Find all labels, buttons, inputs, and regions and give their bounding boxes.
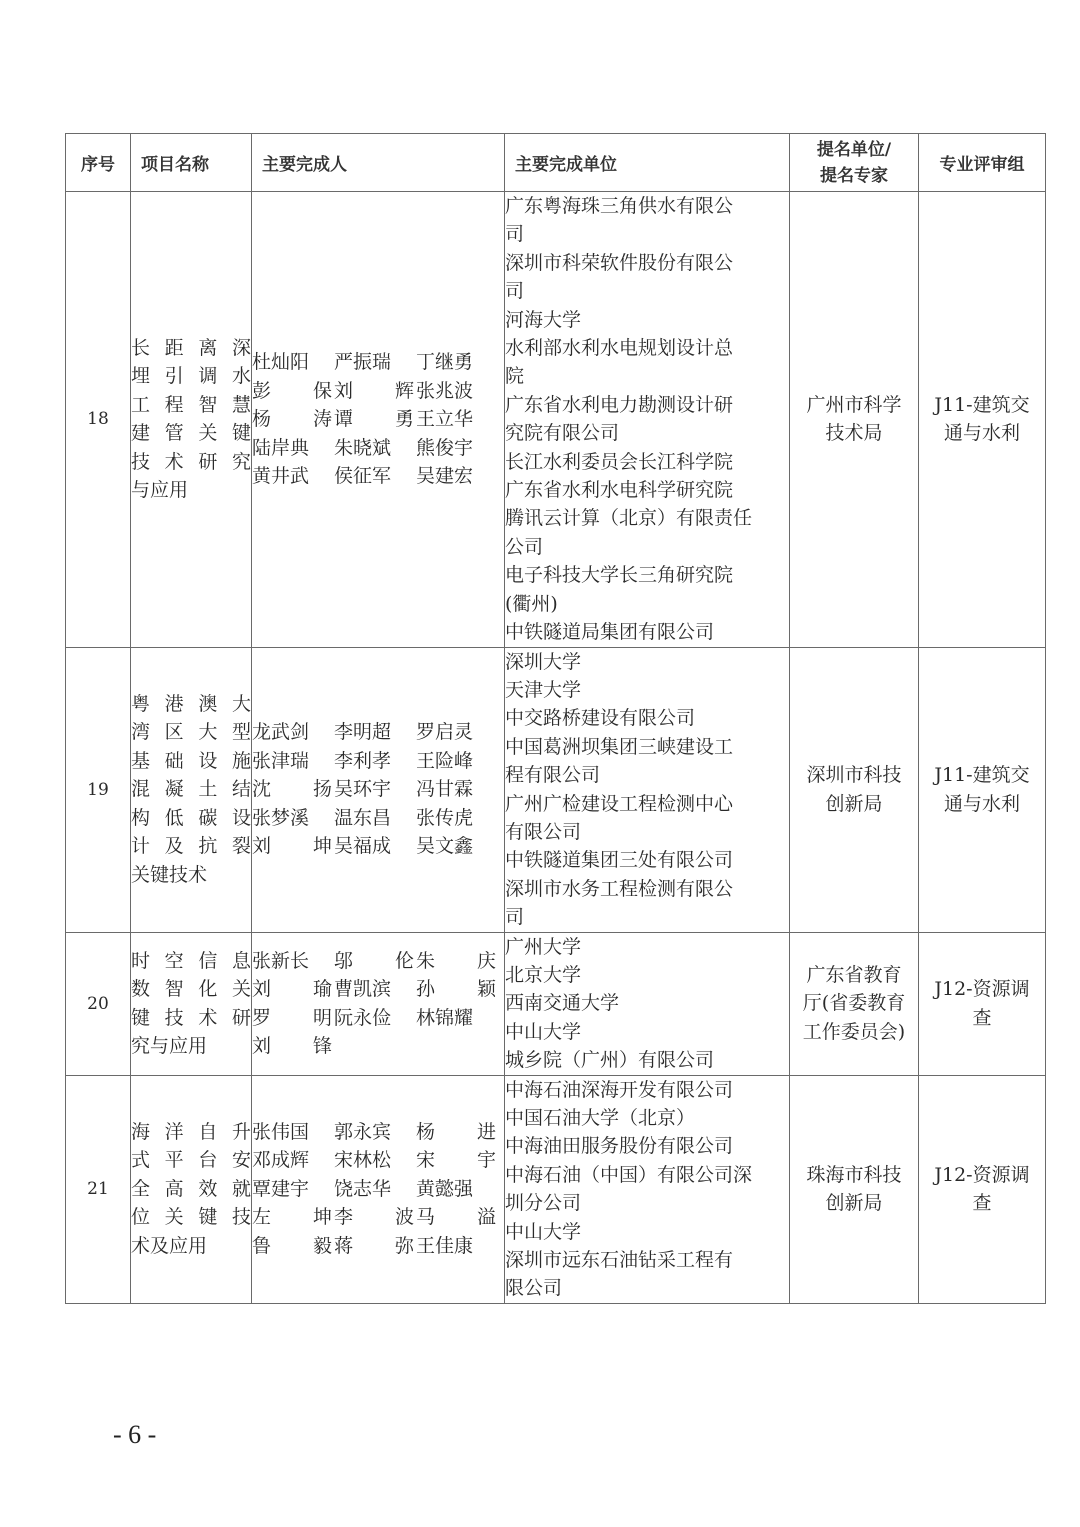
contributor-name-text: 杜灿阳: [252, 348, 309, 377]
table-row: 19粤港澳大湾区大型基础设施混凝土结构低碳设计及抗裂关键技术龙武剑李明超罗启灵张…: [66, 647, 1046, 932]
contributor-name-char: 马: [416, 1203, 435, 1232]
nominator-line: 创新局: [790, 1189, 918, 1218]
unit-line: 中铁隧道集团三处有限公司: [505, 846, 789, 874]
project-name-line: 技术研究: [131, 448, 251, 477]
contributor-name-char: 毅: [313, 1232, 332, 1261]
unit-line: (衢州): [505, 590, 789, 618]
contributor-name-char: 刘: [252, 1032, 271, 1061]
contributor-name-char: 彭: [252, 377, 271, 406]
unit-line: 长江水利委员会长江科学院: [505, 448, 789, 476]
contributor-name: 阮永俭: [334, 1004, 414, 1033]
contributor-name: 黄井武: [252, 462, 332, 491]
contributor-name-text: 郭永宾: [334, 1118, 391, 1147]
contributor-name-text: 邓成辉: [252, 1146, 309, 1175]
project-name-line: 计及抗裂: [131, 832, 251, 861]
contributor-name-char: 刘: [252, 832, 271, 861]
header-nominator-line1: 提名单位/: [790, 137, 918, 163]
contributor-name-text: 陆岸典: [252, 434, 309, 463]
contributor-name: 吴建宏: [416, 462, 496, 491]
contributors-row: 陆岸典朱晓斌熊俊宇: [252, 434, 504, 463]
table-row: 20时空信息数智化关键技术研究与应用张新长邬伦朱庆刘瑜曹凯滨孙颖罗明阮永俭林锦耀…: [66, 932, 1046, 1075]
contributor-name: 刘辉: [334, 377, 414, 406]
project-name-line: 湾区大型: [131, 718, 251, 747]
project-name-line: 全高效就: [131, 1175, 251, 1204]
contributor-name: 丁继勇: [416, 348, 496, 377]
row-number: 19: [66, 647, 131, 932]
project-name-line: 术及应用: [131, 1232, 251, 1261]
contributor-name-char: 宋: [416, 1146, 435, 1175]
contributors-row: 覃建宇饶志华黄懿强: [252, 1175, 504, 1204]
contributor-name: 黄懿强: [416, 1175, 496, 1204]
unit-line: 圳分公司: [505, 1189, 789, 1217]
header-nominator-line2: 提名专家: [790, 163, 918, 189]
contributor-name: 陆岸典: [252, 434, 332, 463]
contributor-name-text: 饶志华: [334, 1175, 391, 1204]
contributor-name: 吴福成: [334, 832, 414, 861]
review-group-line: 查: [919, 1004, 1045, 1033]
contributor-name: 张新长: [252, 947, 332, 976]
header-review-group: 专业评审组: [919, 134, 1046, 192]
contributor-name-text: 龙武剑: [252, 718, 309, 747]
contributor-name-char: 宇: [477, 1146, 496, 1175]
contributor-name: 左坤: [252, 1203, 332, 1232]
contributor-name: 侯征军: [334, 462, 414, 491]
project-name-line: 海洋自升: [131, 1118, 251, 1147]
contributors-row: 张新长邬伦朱庆: [252, 947, 504, 976]
contributor-name-char: 刘: [334, 377, 353, 406]
contributor-name-text: 吴文鑫: [416, 832, 473, 861]
review-group-line: 通与水利: [919, 419, 1045, 448]
contributor-name: 鲁毅: [252, 1232, 332, 1261]
project-name-cell: 粤港澳大湾区大型基础设施混凝土结构低碳设计及抗裂关键技术: [131, 647, 252, 932]
contributor-name: 王佳康: [416, 1232, 496, 1261]
contributor-name: 邬伦: [334, 947, 414, 976]
contributor-name-char: 扬: [313, 775, 332, 804]
contributor-name-text: 张津瑞: [252, 747, 309, 776]
unit-line: 中海石油（中国）有限公司深: [505, 1161, 789, 1189]
contributor-name-text: 李明超: [334, 718, 391, 747]
unit-line: 西南交通大学: [505, 989, 789, 1017]
nominator-line: 技术局: [790, 419, 918, 448]
contributors-row: 鲁毅蒋弥王佳康: [252, 1232, 504, 1261]
contributor-name: 李波: [334, 1203, 414, 1232]
contributor-name-char: 波: [395, 1203, 414, 1232]
units-cell: 广州大学北京大学西南交通大学中山大学城乡院（广州）有限公司: [505, 932, 790, 1075]
contributor-name-text: 李利孝: [334, 747, 391, 776]
contributors-row: 沈扬吴环宇冯甘霖: [252, 775, 504, 804]
unit-line: 中国石油大学（北京）: [505, 1104, 789, 1132]
contributor-name-char: 伦: [395, 947, 414, 976]
unit-line: 腾讯云计算（北京）有限责任: [505, 504, 789, 532]
unit-line: 水利部水利水电规划设计总: [505, 334, 789, 362]
contributor-name-char: 保: [313, 377, 332, 406]
nominator-line: 创新局: [790, 790, 918, 819]
contributor-name-char: 勇: [395, 405, 414, 434]
contributors-cell: 龙武剑李明超罗启灵张津瑞李利孝王险峰沈扬吴环宇冯甘霖张梦溪温东昌张传虎刘坤吴福成…: [252, 647, 505, 932]
contributors-cell: 杜灿阳严振瑞丁继勇彭保刘辉张兆波杨涛谭勇王立华陆岸典朱晓斌熊俊宇黄井武侯征军吴建…: [252, 192, 505, 648]
contributor-name-text: 张新长: [252, 947, 309, 976]
project-name-line: 关键技术: [131, 861, 251, 890]
project-name-cell: 长距离深埋引调水工程智慧建管关键技术研究与应用: [131, 192, 252, 648]
unit-line: 电子科技大学长三角研究院: [505, 561, 789, 589]
project-name-line: 埋引调水: [131, 362, 251, 391]
contributor-name-char: 刘: [252, 975, 271, 1004]
contributor-name-text: 王立华: [416, 405, 473, 434]
contributor-name-text: 严振瑞: [334, 348, 391, 377]
project-name-line: 时空信息: [131, 947, 251, 976]
review-group-line: 通与水利: [919, 790, 1045, 819]
contributor-name: 覃建宇: [252, 1175, 332, 1204]
units-cell: 中海石油深海开发有限公司中国石油大学（北京）中海油田服务股份有限公司中海石油（中…: [505, 1075, 790, 1303]
contributor-name-char: 蒋: [334, 1232, 353, 1261]
contributors-row: 张梦溪温东昌张传虎: [252, 804, 504, 833]
contributor-name: 张传虎: [416, 804, 496, 833]
unit-line: 中交路桥建设有限公司: [505, 704, 789, 732]
contributor-name: 王险峰: [416, 747, 496, 776]
unit-line: 广东省水利水电科学研究院: [505, 476, 789, 504]
project-name-line: 与应用: [131, 476, 251, 505]
contributors-row: 刘瑜曹凯滨孙颖: [252, 975, 504, 1004]
project-name-line: 式平台安: [131, 1146, 251, 1175]
contributor-name-text: 吴环宇: [334, 775, 391, 804]
contributor-name: 李利孝: [334, 747, 414, 776]
contributor-name-text: 张兆波: [416, 377, 473, 406]
unit-line: 广州大学: [505, 933, 789, 961]
row-number: 21: [66, 1075, 131, 1303]
contributor-name-char: 庆: [477, 947, 496, 976]
contributor-name-char: 杨: [252, 405, 271, 434]
contributor-name: 熊俊宇: [416, 434, 496, 463]
header-main-units: 主要完成单位: [505, 134, 790, 192]
review-group-line: J11-建筑交: [919, 391, 1045, 420]
contributor-name-text: 张传虎: [416, 804, 473, 833]
contributor-name-char: 邬: [334, 947, 353, 976]
contributor-name: 冯甘霖: [416, 775, 496, 804]
project-name-line: 工程智慧: [131, 391, 251, 420]
contributor-name-char: 杨: [416, 1118, 435, 1147]
contributor-name: 杨涛: [252, 405, 332, 434]
project-name-cell: 海洋自升式平台安全高效就位关键技术及应用: [131, 1075, 252, 1303]
contributor-name: 杜灿阳: [252, 348, 332, 377]
contributor-name: 李明超: [334, 718, 414, 747]
contributor-name-text: 吴福成: [334, 832, 391, 861]
contributor-name: 吴环宇: [334, 775, 414, 804]
unit-line: 中铁隧道局集团有限公司: [505, 618, 789, 646]
contributors-row: 罗明阮永俭林锦耀: [252, 1004, 504, 1033]
contributor-name-char: 沈: [252, 775, 271, 804]
unit-line: 司: [505, 277, 789, 305]
contributor-name: 朱庆: [416, 947, 496, 976]
unit-line: 广东省水利电力勘测设计研: [505, 391, 789, 419]
contributor-name: 马溢: [416, 1203, 496, 1232]
table-row: 21海洋自升式平台安全高效就位关键技术及应用张伟国郭永宾杨进邓成辉宋林松宋宇覃建…: [66, 1075, 1046, 1303]
unit-line: 深圳大学: [505, 648, 789, 676]
contributor-name-char: 颖: [477, 975, 496, 1004]
nominator-line: 广东省教育: [790, 961, 918, 990]
unit-line: 城乡院（广州）有限公司: [505, 1046, 789, 1074]
contributors-row: 左坤李波马溢: [252, 1203, 504, 1232]
contributor-name: 杨进: [416, 1118, 496, 1147]
unit-line: 深圳市水务工程检测有限公: [505, 875, 789, 903]
contributor-name-text: 覃建宇: [252, 1175, 309, 1204]
contributor-name: 罗明: [252, 1004, 332, 1033]
unit-line: 究院有限公司: [505, 419, 789, 447]
contributors-row: 邓成辉宋林松宋宇: [252, 1146, 504, 1175]
contributor-name: 林锦耀: [416, 1004, 496, 1033]
header-main-contributors: 主要完成人: [252, 134, 505, 192]
unit-line: 广州广检建设工程检测中心: [505, 790, 789, 818]
contributor-name: 罗启灵: [416, 718, 496, 747]
unit-line: 河海大学: [505, 306, 789, 334]
row-number: 18: [66, 192, 131, 648]
nominator-line: 珠海市科技: [790, 1161, 918, 1190]
unit-line: 有限公司: [505, 818, 789, 846]
nominator-cell: 广东省教育厅(省委教育工作委员会): [790, 932, 919, 1075]
unit-line: 中山大学: [505, 1018, 789, 1046]
unit-line: 中山大学: [505, 1218, 789, 1246]
unit-line: 司: [505, 903, 789, 931]
unit-line: 深圳市远东石油钻采工程有: [505, 1246, 789, 1274]
contributor-name-text: 丁继勇: [416, 348, 473, 377]
project-name-line: 基础设施: [131, 747, 251, 776]
review-group-line: J12-资源调: [919, 1161, 1045, 1190]
unit-line: 中海油田服务股份有限公司: [505, 1132, 789, 1160]
units-cell: 广东粤海珠三角供水有限公司深圳市科荣软件股份有限公司河海大学水利部水利水电规划设…: [505, 192, 790, 648]
header-nominator: 提名单位/ 提名专家: [790, 134, 919, 192]
contributor-name-char: 辉: [395, 377, 414, 406]
contributor-name-char: 罗: [252, 1004, 271, 1033]
unit-line: 中海石油深海开发有限公司: [505, 1076, 789, 1104]
contributor-name: 张伟国: [252, 1118, 332, 1147]
page-number: - 6 -: [113, 1420, 156, 1450]
contributor-name: 温东昌: [334, 804, 414, 833]
contributor-name-text: 宋林松: [334, 1146, 391, 1175]
contributor-name-char: 李: [334, 1203, 353, 1232]
project-name-line: 究与应用: [131, 1032, 251, 1061]
contributor-name: 郭永宾: [334, 1118, 414, 1147]
review-group-line: 查: [919, 1189, 1045, 1218]
award-projects-table: 序号 项目名称 主要完成人 主要完成单位 提名单位/ 提名专家 专业评审组 18…: [65, 133, 1046, 1304]
contributor-name-char: 溢: [477, 1203, 496, 1232]
contributor-name-text: 王险峰: [416, 747, 473, 776]
contributor-name-text: 熊俊宇: [416, 434, 473, 463]
contributor-name: 严振瑞: [334, 348, 414, 377]
contributor-name-char: 坤: [313, 832, 332, 861]
contributors-row: 刘坤吴福成吴文鑫: [252, 832, 504, 861]
contributor-name-text: 侯征军: [334, 462, 391, 491]
units-cell: 深圳大学天津大学中交路桥建设有限公司中国葛洲坝集团三峡建设工程有限公司广州广检建…: [505, 647, 790, 932]
nominator-line: 厅(省委教育: [790, 989, 918, 1018]
review-group-cell: J12-资源调查: [919, 932, 1046, 1075]
contributor-name-text: 罗启灵: [416, 718, 473, 747]
table-header-row: 序号 项目名称 主要完成人 主要完成单位 提名单位/ 提名专家 专业评审组: [66, 134, 1046, 192]
unit-line: 程有限公司: [505, 761, 789, 789]
row-number: 20: [66, 932, 131, 1075]
contributor-name-text: 朱晓斌: [334, 434, 391, 463]
contributors-row: 杨涛谭勇王立华: [252, 405, 504, 434]
contributor-name-char: 鲁: [252, 1232, 271, 1261]
project-name-line: 键技术研: [131, 1004, 251, 1033]
unit-line: 深圳市科荣软件股份有限公: [505, 249, 789, 277]
contributor-name-text: 阮永俭: [334, 1004, 391, 1033]
contributor-name: 宋林松: [334, 1146, 414, 1175]
contributor-name: 蒋弥: [334, 1232, 414, 1261]
contributor-name-text: 吴建宏: [416, 462, 473, 491]
unit-line: 广东粤海珠三角供水有限公: [505, 192, 789, 220]
contributor-name: 吴文鑫: [416, 832, 496, 861]
contributor-name-char: 进: [477, 1118, 496, 1147]
project-name-cell: 时空信息数智化关键技术研究与应用: [131, 932, 252, 1075]
contributor-name-char: 涛: [313, 405, 332, 434]
contributor-name-text: 张伟国: [252, 1118, 309, 1147]
contributor-name: 张津瑞: [252, 747, 332, 776]
contributors-row: 彭保刘辉张兆波: [252, 377, 504, 406]
contributor-name-text: 黄井武: [252, 462, 309, 491]
contributor-name: 张兆波: [416, 377, 496, 406]
contributor-name: 沈扬: [252, 775, 332, 804]
project-name-line: 混凝土结: [131, 775, 251, 804]
contributor-name: 张梦溪: [252, 804, 332, 833]
contributor-name-text: 温东昌: [334, 804, 391, 833]
contributor-name-text: 王佳康: [416, 1232, 473, 1261]
unit-line: 司: [505, 220, 789, 248]
nominator-cell: 深圳市科技创新局: [790, 647, 919, 932]
unit-line: 限公司: [505, 1274, 789, 1302]
contributor-name: 彭保: [252, 377, 332, 406]
contributor-name: 孙颖: [416, 975, 496, 1004]
project-name-line: 长距离深: [131, 334, 251, 363]
review-group-line: J12-资源调: [919, 975, 1045, 1004]
contributor-name-char: 瑜: [313, 975, 332, 1004]
contributors-row: 黄井武侯征军吴建宏: [252, 462, 504, 491]
contributor-name-char: 坤: [313, 1203, 332, 1232]
contributor-name: 邓成辉: [252, 1146, 332, 1175]
project-name-line: 位关键技: [131, 1203, 251, 1232]
unit-line: 院: [505, 362, 789, 390]
contributor-name: 宋宇: [416, 1146, 496, 1175]
contributor-name-char: 左: [252, 1203, 271, 1232]
contributors-cell: 张新长邬伦朱庆刘瑜曹凯滨孙颖罗明阮永俭林锦耀刘锋: [252, 932, 505, 1075]
contributor-name: 王立华: [416, 405, 496, 434]
contributors-row: 张伟国郭永宾杨进: [252, 1118, 504, 1147]
contributor-name: 曹凯滨: [334, 975, 414, 1004]
contributors-cell: 张伟国郭永宾杨进邓成辉宋林松宋宇覃建宇饶志华黄懿强左坤李波马溢鲁毅蒋弥王佳康: [252, 1075, 505, 1303]
contributors-row: 张津瑞李利孝王险峰: [252, 747, 504, 776]
review-group-cell: J11-建筑交通与水利: [919, 192, 1046, 648]
contributor-name: 刘坤: [252, 832, 332, 861]
contributors-row: 杜灿阳严振瑞丁继勇: [252, 348, 504, 377]
review-group-cell: J12-资源调查: [919, 1075, 1046, 1303]
table-row: 18长距离深埋引调水工程智慧建管关键技术研究与应用杜灿阳严振瑞丁继勇彭保刘辉张兆…: [66, 192, 1046, 648]
header-no: 序号: [66, 134, 131, 192]
contributor-name: 龙武剑: [252, 718, 332, 747]
nominator-line: 广州市科学: [790, 391, 918, 420]
contributor-name-char: 锋: [313, 1032, 332, 1061]
contributor-name-char: 弥: [395, 1232, 414, 1261]
contributor-name: 谭勇: [334, 405, 414, 434]
nominator-line: 工作委员会): [790, 1018, 918, 1047]
contributors-row: 刘锋: [252, 1032, 504, 1061]
contributor-name-text: 林锦耀: [416, 1004, 473, 1033]
review-group-line: J11-建筑交: [919, 761, 1045, 790]
contributor-name-char: 明: [313, 1004, 332, 1033]
project-name-line: 建管关键: [131, 419, 251, 448]
contributor-name-char: 孙: [416, 975, 435, 1004]
project-name-line: 构低碳设: [131, 804, 251, 833]
unit-line: 中国葛洲坝集团三峡建设工: [505, 733, 789, 761]
contributors-row: 龙武剑李明超罗启灵: [252, 718, 504, 747]
contributor-name-text: 黄懿强: [416, 1175, 473, 1204]
nominator-line: 深圳市科技: [790, 761, 918, 790]
project-name-line: 粤港澳大: [131, 690, 251, 719]
contributor-name-char: 谭: [334, 405, 353, 434]
review-group-cell: J11-建筑交通与水利: [919, 647, 1046, 932]
unit-line: 公司: [505, 533, 789, 561]
nominator-cell: 广州市科学技术局: [790, 192, 919, 648]
contributor-name: 刘瑜: [252, 975, 332, 1004]
unit-line: 天津大学: [505, 676, 789, 704]
contributor-name: 朱晓斌: [334, 434, 414, 463]
nominator-cell: 珠海市科技创新局: [790, 1075, 919, 1303]
contributor-name-text: 曹凯滨: [334, 975, 391, 1004]
contributor-name-text: 冯甘霖: [416, 775, 473, 804]
contributor-name-text: 张梦溪: [252, 804, 309, 833]
header-project-name: 项目名称: [131, 134, 252, 192]
contributor-name: 刘锋: [252, 1032, 332, 1061]
contributor-name-char: 朱: [416, 947, 435, 976]
unit-line: 北京大学: [505, 961, 789, 989]
contributor-name: 饶志华: [334, 1175, 414, 1204]
project-name-line: 数智化关: [131, 975, 251, 1004]
